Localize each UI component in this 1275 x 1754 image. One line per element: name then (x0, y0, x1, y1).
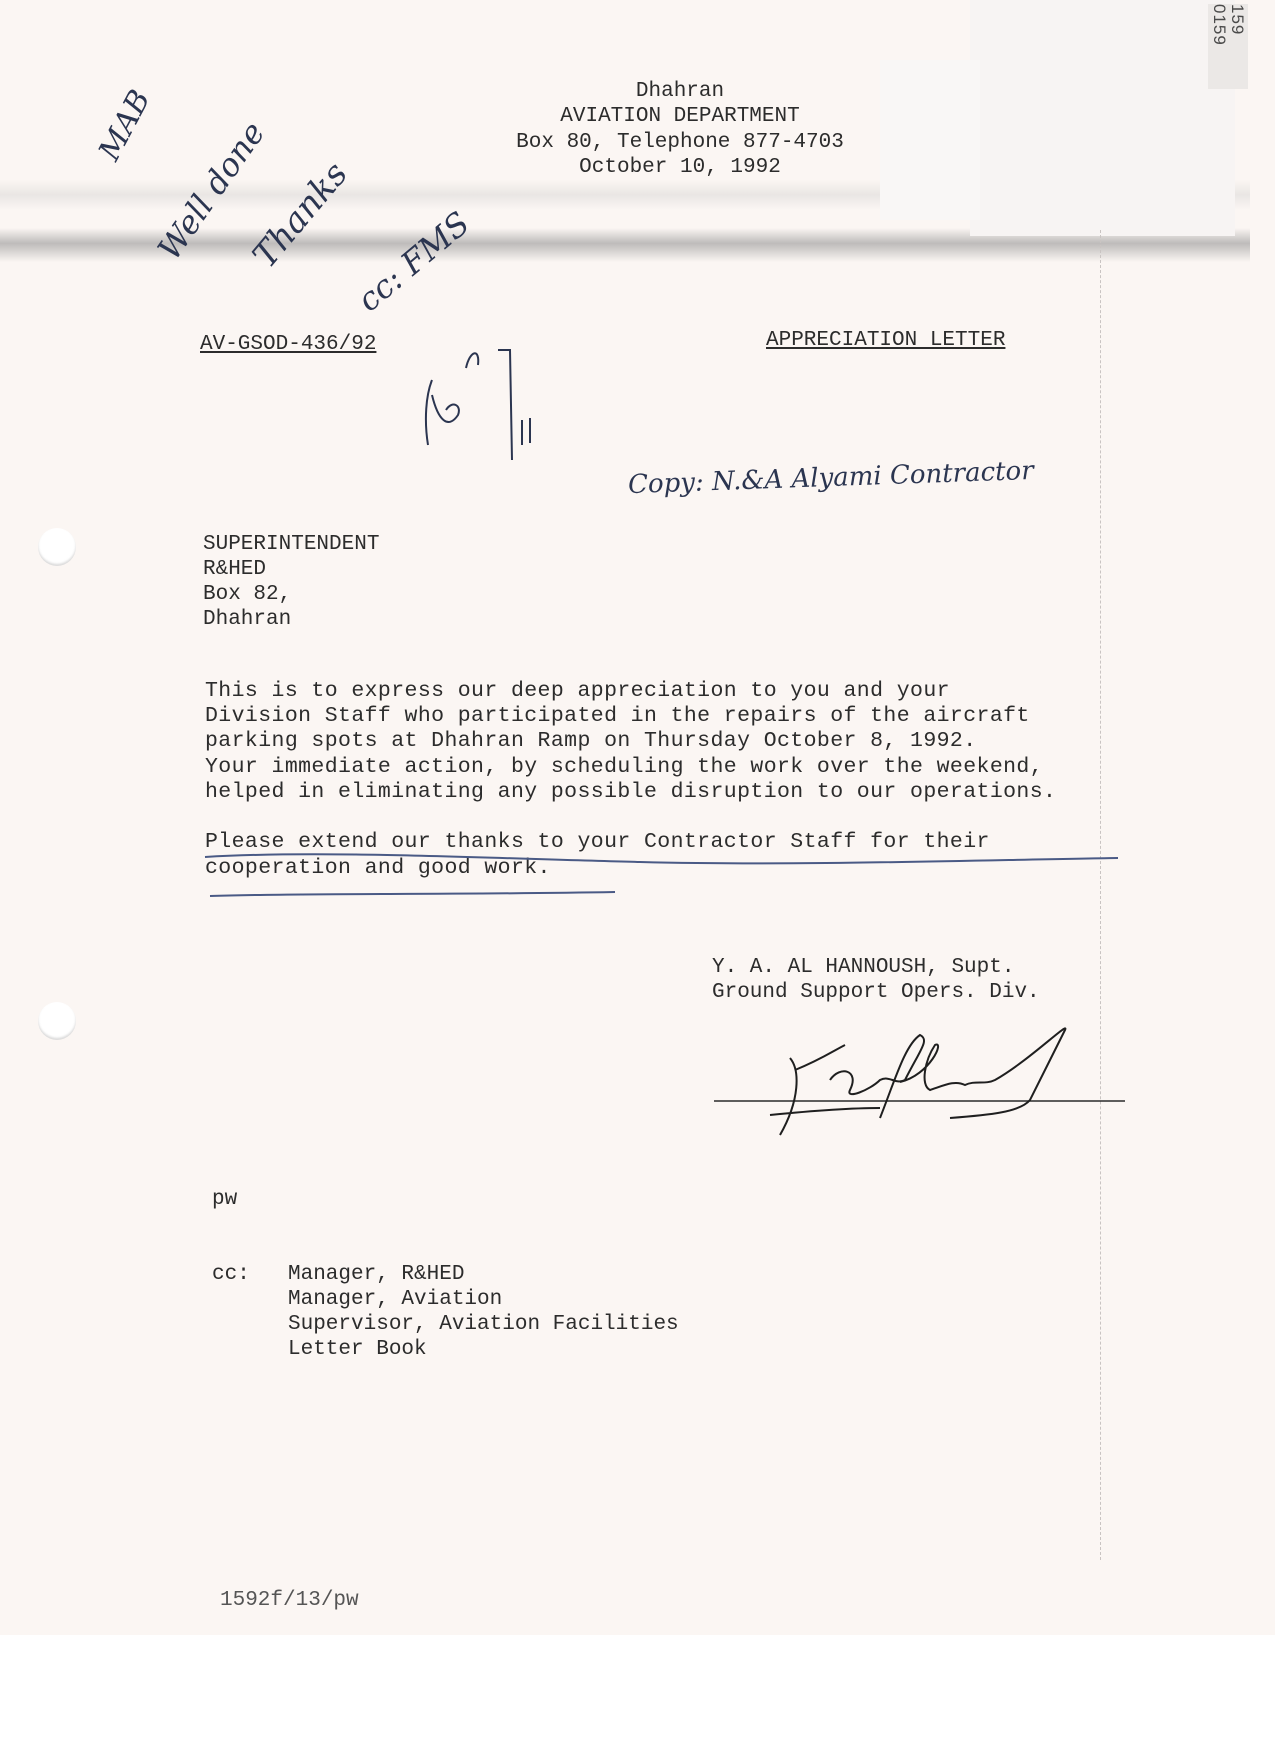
signature (770, 1028, 1065, 1135)
ink-underline (205, 854, 1118, 863)
ink-strokes (0, 0, 1275, 1754)
ink-initials-mark (466, 353, 478, 368)
ink-initials-eleven (522, 418, 530, 445)
ink-underline (210, 892, 615, 896)
ink-initials-mark (426, 380, 459, 445)
ink-initials-bracket (498, 350, 512, 460)
